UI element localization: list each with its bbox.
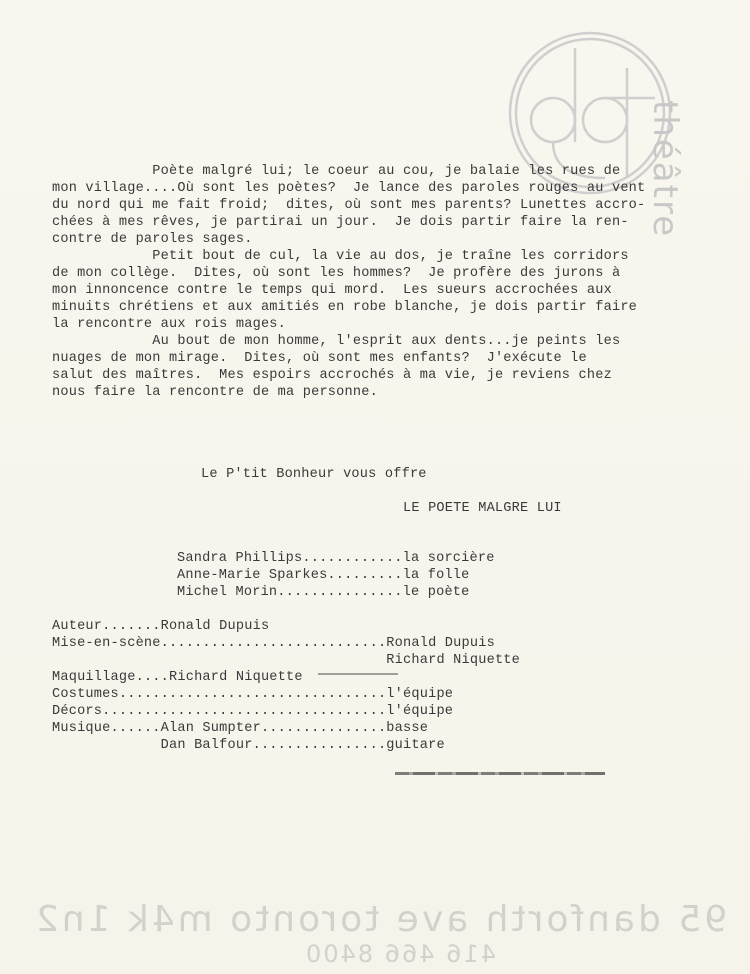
cast-item: Anne-Marie Sparkes.........la folle [177,568,470,583]
letterhead-side-text: théâtre [645,100,685,238]
play-title: LE POETE MALGRE LUI [403,500,562,517]
poem-paragraph-1: Poète malgré lui; le coeur au cou, je ba… [52,164,645,247]
credit-item: Décors..................................… [52,704,453,719]
credits-list: Auteur.......Ronald Dupuis Mise-en-scène… [52,618,520,754]
credit-item: Musique......Alan Sumpter...............… [52,721,428,736]
cast-item: Sandra Phillips............la sorcière [177,551,495,566]
poem: Poète malgré lui; le coeur au cou, je ba… [52,163,645,401]
document-page: théâtre Poète malgré lui; le coeur au co… [0,0,750,974]
credit-item: Mise-en-scène...........................… [52,636,495,651]
signature-rule [395,772,605,775]
credit-item: Dan Balfour................guitare [52,738,445,753]
poem-paragraph-3: Au bout de mon homme, l'esprit aux dents… [52,334,620,400]
cast-list: Sandra Phillips............la sorcière A… [177,550,495,601]
credit-item: Costumes................................… [52,687,453,702]
credit-item: Maquillage....Richard Niquette [52,670,303,685]
credit-item: Auteur.......Ronald Dupuis [52,619,269,634]
cast-item: Michel Morin...............le poète [177,585,470,600]
footer-address: 95 danforth ave toronto m4k 1n2 [30,900,730,940]
letterhead-footer: 95 danforth ave toronto m4k 1n2 416 466 … [30,900,730,968]
poem-paragraph-2: Petit bout de cul, la vie au dos, je tra… [52,249,637,332]
ink-smudge-divider [318,673,398,675]
footer-phone: 416 466 8400 [30,940,750,968]
credit-item: Richard Niquette [52,653,520,668]
presentation-line: Le P'tit Bonheur vous offre [201,466,427,483]
